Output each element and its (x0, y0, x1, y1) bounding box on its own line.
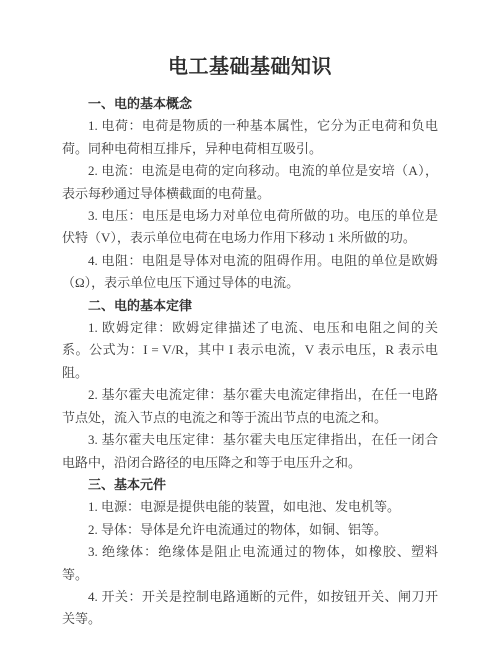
paragraph-conductor: 2. 导体：导体是允许电流通过的物体，如铜、铝等。 (62, 519, 438, 541)
document-body: 一、电的基本概念 1. 电荷：电荷是物质的一种基本属性，它分为正电荷和负电荷。同… (62, 93, 438, 631)
section-heading-basic-concepts: 一、电的基本概念 (62, 93, 438, 115)
paragraph-resistance: 4. 电阻：电阻是导体对电流的阻碍作用。电阻的单位是欧姆（Ω），表示单位电压下通… (62, 250, 438, 295)
paragraph-insulator: 3. 绝缘体：绝缘体是阻止电流通过的物体，如橡胶、塑料等。 (62, 541, 438, 586)
paragraph-voltage: 3. 电压：电压是电场力对单位电荷所做的功。电压的单位是伏特（V），表示单位电荷… (62, 205, 438, 250)
paragraph-kcl: 2. 基尔霍夫电流定律：基尔霍夫电流定律指出，在任一电路节点处，流入节点的电流之… (62, 384, 438, 429)
paragraph-charge: 1. 电荷：电荷是物质的一种基本属性，它分为正电荷和负电荷。同种电荷相互排斥，异… (62, 115, 438, 160)
paragraph-current: 2. 电流：电流是电荷的定向移动。电流的单位是安培（A），表示每秒通过导体横截面… (62, 160, 438, 205)
paragraph-ohms-law: 1. 欧姆定律：欧姆定律描述了电流、电压和电阻之间的关系。公式为：I = V/R… (62, 317, 438, 384)
document-page: 电工基础基础知识 一、电的基本概念 1. 电荷：电荷是物质的一种基本属性，它分为… (0, 0, 500, 647)
section-heading-basic-components: 三、基本元件 (62, 474, 438, 496)
paragraph-power-source: 1. 电源：电源是提供电能的装置，如电池、发电机等。 (62, 496, 438, 518)
document-title: 电工基础基础知识 (0, 0, 500, 81)
section-heading-basic-laws: 二、电的基本定律 (62, 295, 438, 317)
paragraph-kvl: 3. 基尔霍夫电压定律：基尔霍夫电压定律指出，在任一闭合电路中，沿闭合路径的电压… (62, 429, 438, 474)
paragraph-switch: 4. 开关：开关是控制电路通断的元件，如按钮开关、闸刀开关等。 (62, 586, 438, 631)
